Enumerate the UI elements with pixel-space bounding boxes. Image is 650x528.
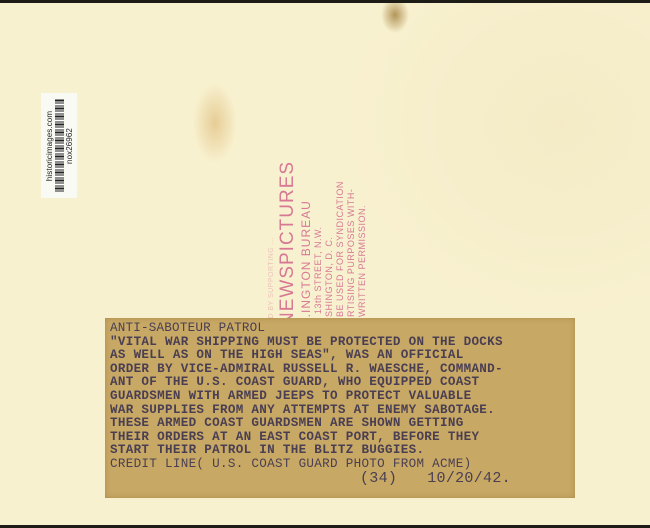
caption-title: ANTI-SABOTEUR PATROL: [110, 322, 571, 336]
barcode-icon: [55, 100, 64, 192]
caption-line: ANT OF THE U.S. COAST GUARD, WHO EQUIPPE…: [110, 376, 571, 390]
stamp-line: ...BE USED FOR SYNDICATION: [335, 176, 346, 326]
caption-text: ANTI-SABOTEUR PATROL"VITAL WAR SHIPPING …: [110, 322, 571, 485]
photo-back-paper: historicimages.com nox26962 ...D BY SUPP…: [0, 3, 650, 525]
stamp-line: ...WRITTEN PERMISSION.: [357, 176, 368, 326]
caption-line: ORDER BY VICE-ADMIRAL RUSSELL R. WAESCHE…: [110, 363, 571, 377]
barcode-label: historicimages.com nox26962: [41, 93, 77, 198]
caption-line: START THEIR PATROL IN THE BLITZ BUGGIES.: [110, 444, 571, 458]
stamp-line: ... 13th STREET, N.W.: [313, 176, 324, 326]
stamp-line: ...INGTON BUREAU: [299, 176, 313, 326]
caption-line: GUARDSMEN WITH ARMED JEEPS TO PROTECT VA…: [110, 390, 571, 404]
caption-line: THESE ARMED COAST GUARDSMEN ARE SHOWN GE…: [110, 417, 571, 431]
number-date-line: (34)10/20/42.: [110, 472, 571, 486]
barcode-id-text: nox26962: [65, 128, 74, 164]
caption-line: "VITAL WAR SHIPPING MUST BE PROTECTED ON…: [110, 336, 571, 350]
newspictures-stamp: ...D BY SUPPORTING ... NEWSPICTURES ...I…: [252, 181, 382, 321]
stamp-line: NEWSPICTURES: [277, 176, 299, 326]
barcode-site-text: historicimages.com: [45, 110, 54, 180]
caption-number: (34): [360, 470, 397, 487]
caption-line: WAR SUPPLIES FROM ANY ATTEMPTS AT ENEMY …: [110, 404, 571, 418]
caption-date: 10/20/42.: [427, 470, 511, 487]
stamp-line: ...D BY SUPPORTING ...: [266, 176, 277, 326]
caption-slip: ANTI-SABOTEUR PATROL"VITAL WAR SHIPPING …: [105, 318, 575, 498]
caption-line: AS WELL AS ON THE HIGH SEAS", WAS AN OFF…: [110, 349, 571, 363]
stamp-line: ...SHINGTON, D. C.: [324, 176, 335, 326]
stamp-line: ...RTISING PURPOSES WITH-: [346, 176, 357, 326]
caption-line: THEIR ORDERS AT AN EAST COAST PORT, BEFO…: [110, 431, 571, 445]
